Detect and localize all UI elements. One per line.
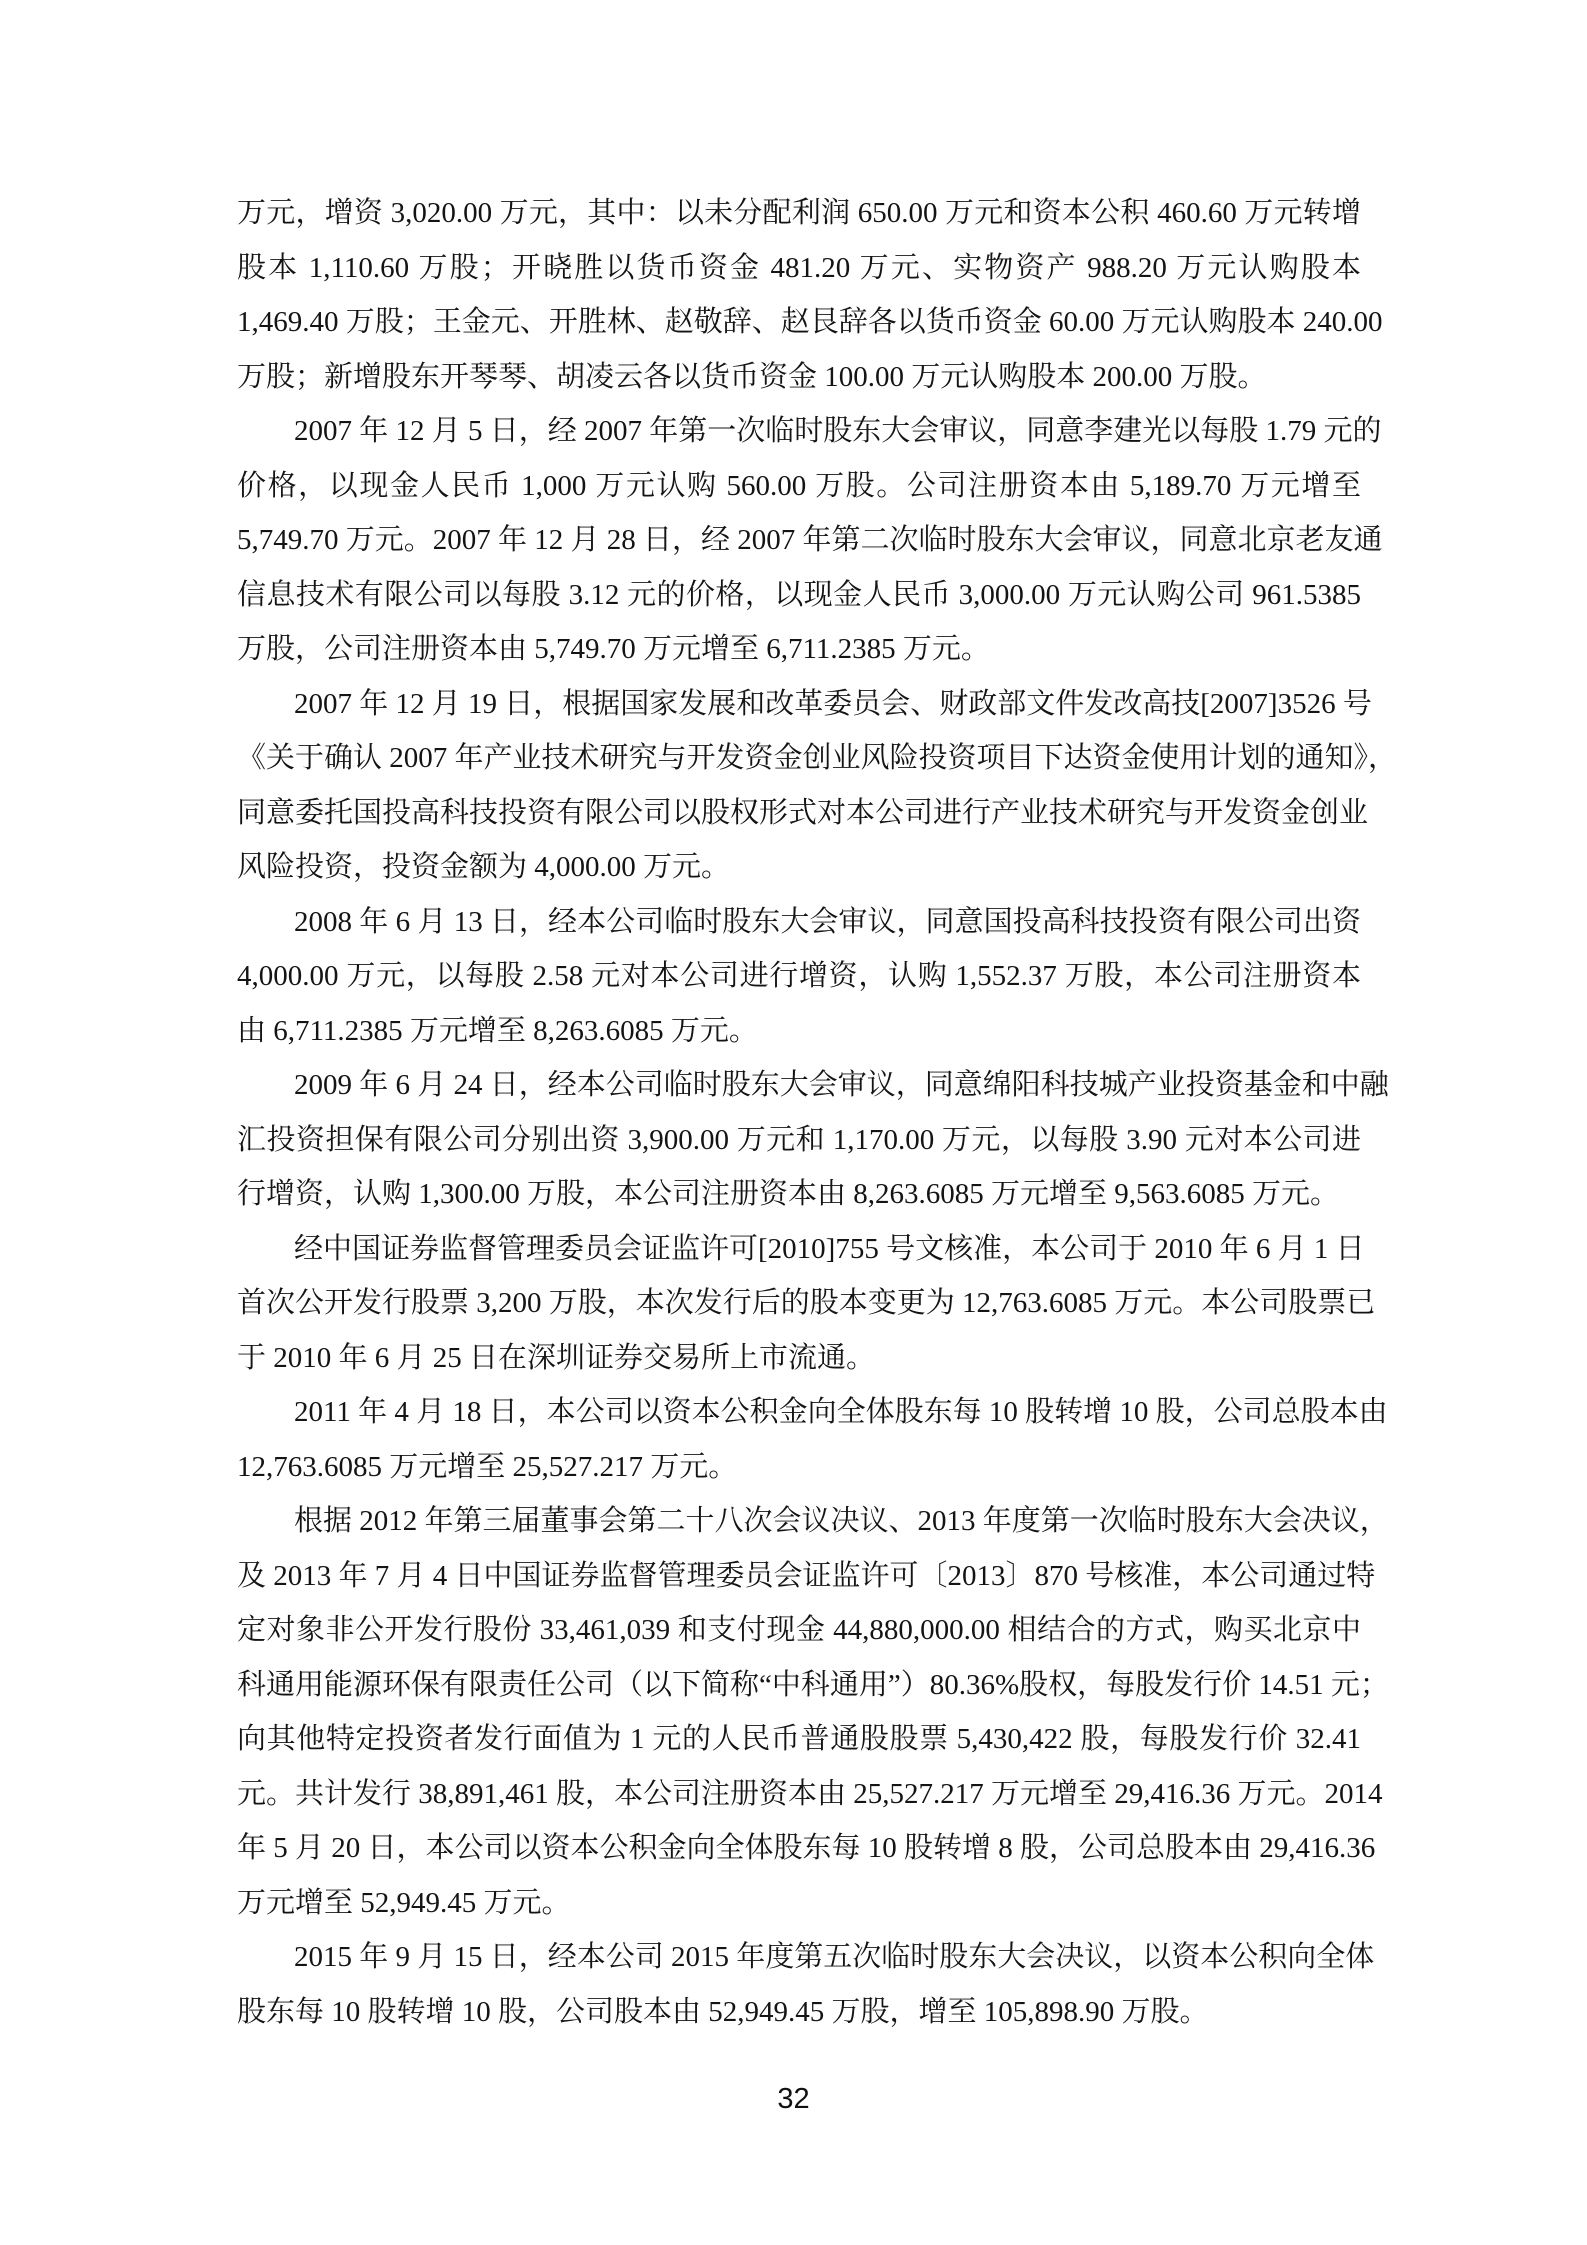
text-line: 《关于确认 2007 年产业技术研究与开发资金创业风险投资项目下达资金使用计划的… [237,731,1361,786]
page-number: 32 [777,2078,809,2120]
text-line: 万元增至 52,949.45 万元。 [237,1876,1361,1931]
text-line: 年 5 月 20 日，本公司以资本公积金向全体股东每 10 股转增 8 股，公司… [237,1821,1361,1876]
text-line: 于 2010 年 6 月 25 日在深圳证券交易所上市流通。 [237,1331,1361,1386]
paragraph: 2007 年 12 月 5 日，经 2007 年第一次临时股东大会审议，同意李建… [237,404,1361,677]
text-line: 万元，增资 3,020.00 万元，其中：以未分配利润 650.00 万元和资本… [237,186,1361,241]
text-line: 汇投资担保有限公司分别出资 3,900.00 万元和 1,170.00 万元，以… [237,1113,1361,1168]
text-line: 首次公开发行股票 3,200 万股，本次发行后的股本变更为 12,763.608… [237,1276,1361,1331]
paragraph: 万元，增资 3,020.00 万元，其中：以未分配利润 650.00 万元和资本… [237,186,1361,404]
text-line: 元。共计发行 38,891,461 股，本公司注册资本由 25,527.217 … [237,1767,1361,1822]
text-line: 1,469.40 万股；王金元、开胜林、赵敬辞、赵艮辞各以货币资金 60.00 … [237,295,1361,350]
text-line: 12,763.6085 万元增至 25,527.217 万元。 [237,1440,1361,1495]
text-line: 万股；新增股东开琴琴、胡凌云各以货币资金 100.00 万元认购股本 200.0… [237,350,1361,405]
text-line: 经中国证券监督管理委员会证监许可[2010]755 号文核准，本公司于 2010… [237,1222,1361,1277]
paragraph: 2009 年 6 月 24 日，经本公司临时股东大会审议，同意绵阳科技城产业投资… [237,1058,1361,1222]
text-line: 2009 年 6 月 24 日，经本公司临时股东大会审议，同意绵阳科技城产业投资… [237,1058,1361,1113]
text-line: 定对象非公开发行股份 33,461,039 和支付现金 44,880,000.0… [237,1603,1361,1658]
text-line: 根据 2012 年第三届董事会第二十八次会议决议、2013 年度第一次临时股东大… [237,1494,1361,1549]
text-line: 价格，以现金人民币 1,000 万元认购 560.00 万股。公司注册资本由 5… [237,459,1361,514]
paragraph: 经中国证券监督管理委员会证监许可[2010]755 号文核准，本公司于 2010… [237,1222,1361,1386]
paragraph: 2007 年 12 月 19 日，根据国家发展和改革委员会、财政部文件发改高技[… [237,677,1361,895]
paragraph: 2011 年 4 月 18 日，本公司以资本公积金向全体股东每 10 股转增 1… [237,1385,1361,1494]
text-line: 2007 年 12 月 19 日，根据国家发展和改革委员会、财政部文件发改高技[… [237,677,1361,732]
text-line: 2008 年 6 月 13 日，经本公司临时股东大会审议，同意国投高科技投资有限… [237,895,1361,950]
text-line: 科通用能源环保有限责任公司（以下简称“中科通用”）80.36%股权，每股发行价 … [237,1658,1361,1713]
paragraph: 根据 2012 年第三届董事会第二十八次会议决议、2013 年度第一次临时股东大… [237,1494,1361,1930]
document-page: 万元，增资 3,020.00 万元，其中：以未分配利润 650.00 万元和资本… [0,0,1587,2245]
page-footer: 32 [0,2078,1587,2120]
text-line: 2015 年 9 月 15 日，经本公司 2015 年度第五次临时股东大会决议，… [237,1930,1361,1985]
paragraph: 2008 年 6 月 13 日，经本公司临时股东大会审议，同意国投高科技投资有限… [237,895,1361,1059]
text-line: 风险投资，投资金额为 4,000.00 万元。 [237,840,1361,895]
text-line: 行增资，认购 1,300.00 万股，本公司注册资本由 8,263.6085 万… [237,1167,1361,1222]
text-line: 由 6,711.2385 万元增至 8,263.6085 万元。 [237,1004,1361,1059]
text-line: 向其他特定投资者发行面值为 1 元的人民币普通股股票 5,430,422 股，每… [237,1712,1361,1767]
text-line: 4,000.00 万元，以每股 2.58 元对本公司进行增资，认购 1,552.… [237,949,1361,1004]
text-line: 5,749.70 万元。2007 年 12 月 28 日，经 2007 年第二次… [237,513,1361,568]
text-line: 2007 年 12 月 5 日，经 2007 年第一次临时股东大会审议，同意李建… [237,404,1361,459]
text-line: 股东每 10 股转增 10 股，公司股本由 52,949.45 万股，增至 10… [237,1985,1361,2040]
text-line: 及 2013 年 7 月 4 日中国证券监督管理委员会证监许可〔2013〕870… [237,1549,1361,1604]
text-line: 万股，公司注册资本由 5,749.70 万元增至 6,711.2385 万元。 [237,622,1361,677]
text-line: 同意委托国投高科技投资有限公司以股权形式对本公司进行产业技术研究与开发资金创业 [237,786,1361,841]
text-line: 信息技术有限公司以每股 3.12 元的价格，以现金人民币 3,000.00 万元… [237,568,1361,623]
text-line: 股本 1,110.60 万股；开晓胜以货币资金 481.20 万元、实物资产 9… [237,241,1361,296]
document-body: 万元，增资 3,020.00 万元，其中：以未分配利润 650.00 万元和资本… [237,186,1361,2039]
paragraph: 2015 年 9 月 15 日，经本公司 2015 年度第五次临时股东大会决议，… [237,1930,1361,2039]
text-line: 2011 年 4 月 18 日，本公司以资本公积金向全体股东每 10 股转增 1… [237,1385,1361,1440]
